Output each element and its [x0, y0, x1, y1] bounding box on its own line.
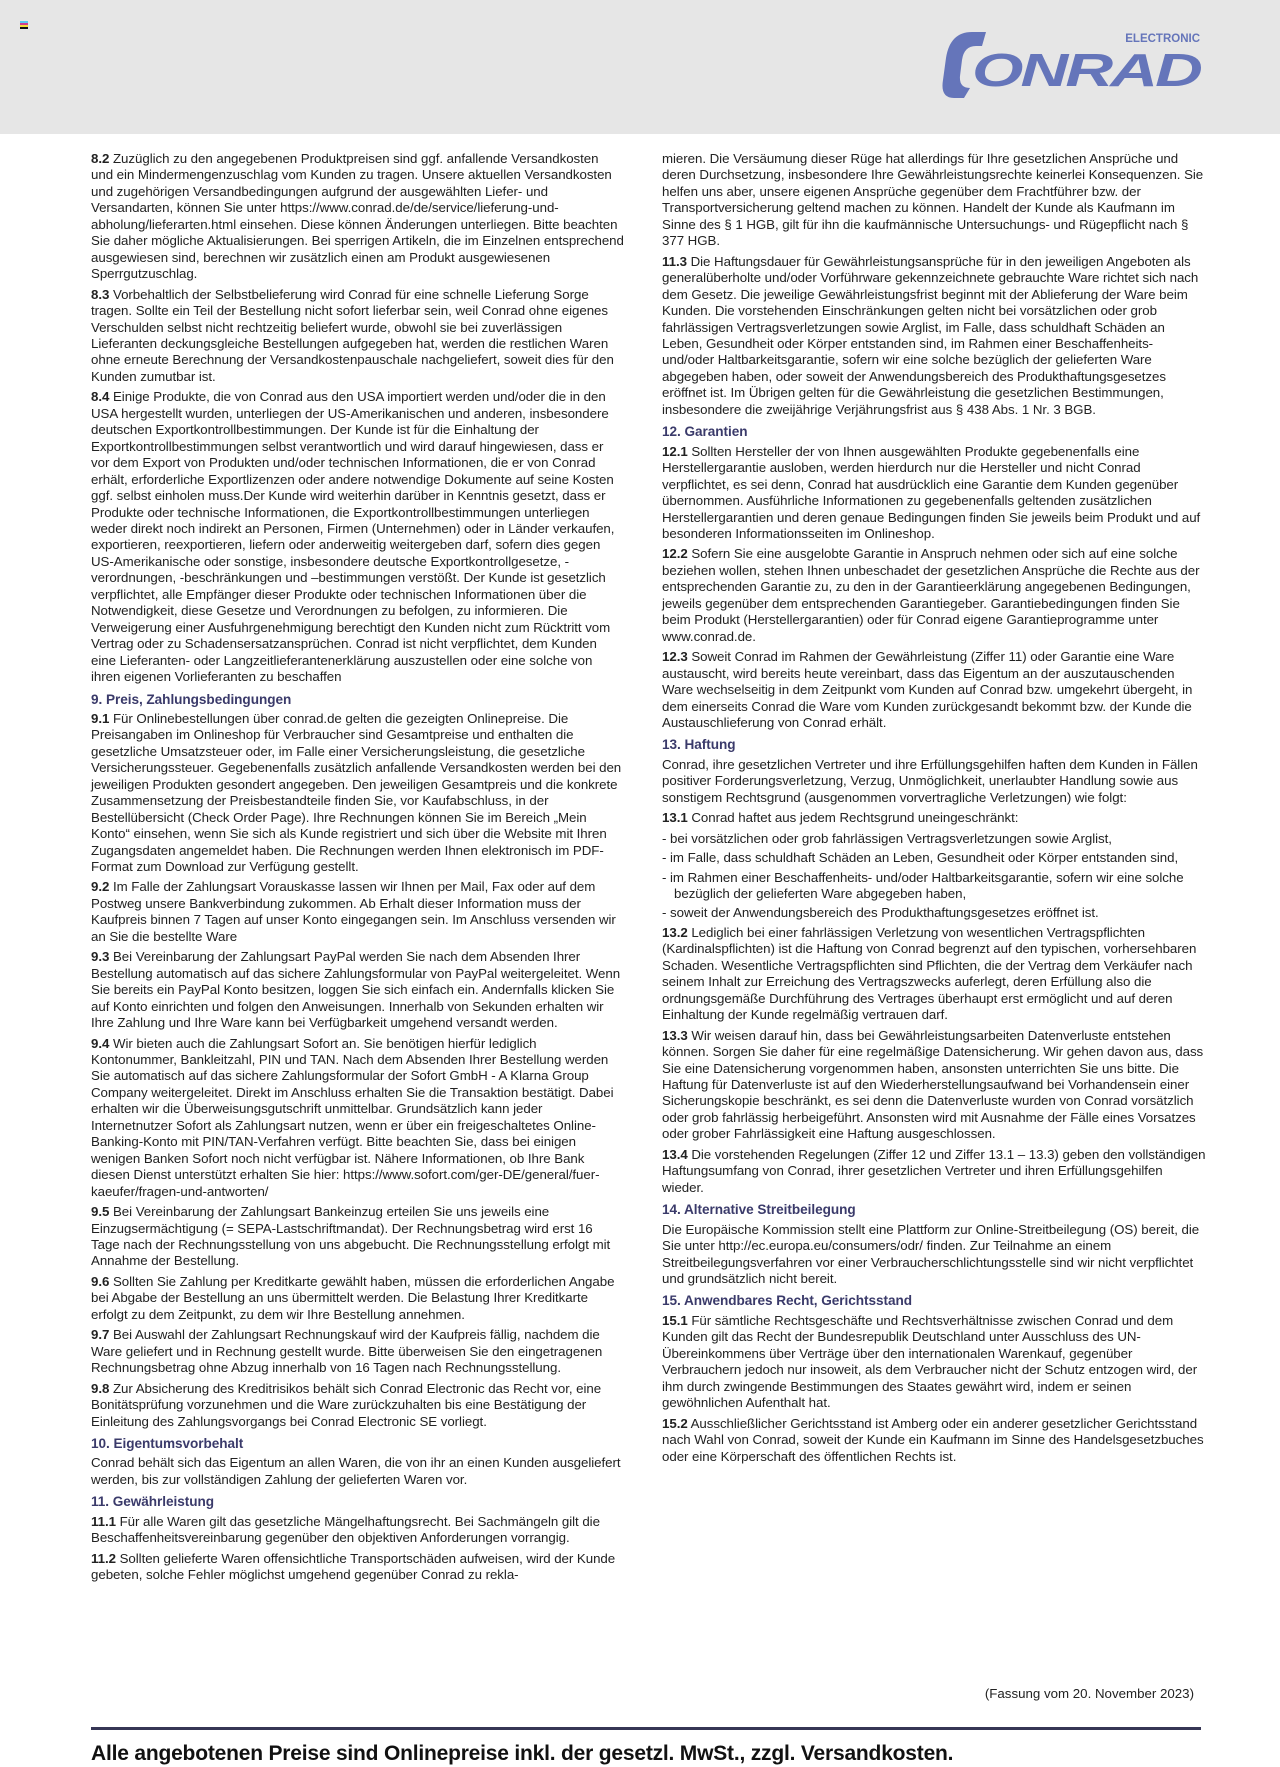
section-heading-9: 9. Preis, Zahlungsbedingungen	[91, 692, 624, 708]
clause-15-1: 15.1 Für sämtliche Rechtsgeschäfte und R…	[662, 1313, 1207, 1412]
clause-14: Die Europäische Kommission stellt eine P…	[662, 1222, 1207, 1288]
print-registration-mark-icon	[20, 21, 28, 29]
section-heading-13: 13. Haftung	[662, 737, 1207, 753]
list-item: - bei vorsätzlichen oder grob fahrlässig…	[662, 831, 1207, 847]
section-heading-10: 10. Eigentumsvorbehalt	[91, 1436, 624, 1452]
price-disclaimer: Alle angebotenen Preise sind Onlinepreis…	[91, 1742, 953, 1766]
list-item: - im Falle, dass schuldhaft Schäden an L…	[662, 850, 1207, 866]
page-header: ELECTRONIC ONRAD	[0, 0, 1280, 134]
clause-9-3: 9.3 Bei Vereinbarung der Zahlungsart Pay…	[91, 949, 624, 1031]
clause-13-2: 13.2 Lediglich bei einer fahrlässigen Ve…	[662, 925, 1207, 1024]
section-heading-14: 14. Alternative Streitbeilegung	[662, 1202, 1207, 1218]
clause-8-2: 8.2 Zuzüglich zu den angegebenen Produkt…	[91, 151, 624, 283]
conrad-logo[interactable]: ELECTRONIC ONRAD	[942, 30, 1202, 100]
conrad-logo-icon: ELECTRONIC ONRAD	[942, 30, 1202, 100]
clause-9-1: 9.1 Für Onlinebestellungen über conrad.d…	[91, 711, 624, 876]
clause-11-2-continued: mieren. Die Versäumung dieser Rüge hat a…	[662, 151, 1207, 250]
section-heading-15: 15. Anwendbares Recht, Gerichtsstand	[662, 1293, 1207, 1309]
clause-11-2: 11.2 Sollten gelieferte Waren offensicht…	[91, 1551, 624, 1584]
list-item: - im Rahmen einer Beschaffenheits- und/o…	[662, 870, 1207, 903]
list-item: - soweit der Anwendungsbereich des Produ…	[662, 905, 1207, 921]
section-heading-11: 11. Gewährleistung	[91, 1494, 624, 1510]
footer-divider	[91, 1727, 1201, 1730]
version-date: (Fassung vom 20. November 2023)	[985, 1686, 1194, 1701]
left-column: 8.2 Zuzüglich zu den angegebenen Produkt…	[91, 151, 624, 1588]
clause-15-2: 15.2 Ausschließlicher Gerichtsstand ist …	[662, 1416, 1207, 1465]
right-column: mieren. Die Versäumung dieser Rüge hat a…	[662, 151, 1207, 1588]
clause-13-4: 13.4 Die vorstehenden Regelungen (Ziffer…	[662, 1147, 1207, 1196]
clause-9-4: 9.4 Wir bieten auch die Zahlungsart Sofo…	[91, 1036, 624, 1201]
clause-13-1: 13.1 Conrad haftet aus jedem Rechtsgrund…	[662, 810, 1207, 826]
clause-9-8: 9.8 Zur Absicherung des Kreditrisikos be…	[91, 1381, 624, 1430]
clause-13-3: 13.3 Wir weisen darauf hin, dass bei Gew…	[662, 1028, 1207, 1143]
clause-8-3: 8.3 Vorbehaltlich der Selbstbelieferung …	[91, 287, 624, 386]
clause-11-1: 11.1 Für alle Waren gilt das gesetzliche…	[91, 1514, 624, 1547]
clause-9-6: 9.6 Sollten Sie Zahlung per Kreditkarte …	[91, 1274, 624, 1323]
section-heading-12: 12. Garantien	[662, 424, 1207, 440]
svg-text:ONRAD: ONRAD	[972, 44, 1201, 96]
clause-9-2: 9.2 Im Falle der Zahlungsart Vorauskasse…	[91, 879, 624, 945]
clause-13-intro: Conrad, ihre gesetzlichen Vertreter und …	[662, 757, 1207, 806]
clause-12-1: 12.1 Sollten Hersteller der von Ihnen au…	[662, 444, 1207, 543]
clause-8-4: 8.4 Einige Produkte, die von Conrad aus …	[91, 389, 624, 685]
clause-11-3: 11.3 Die Haftungsdauer für Gewährleistun…	[662, 254, 1207, 419]
clause-12-2: 12.2 Sofern Sie eine ausgelobte Garantie…	[662, 546, 1207, 645]
clause-10: Conrad behält sich das Eigentum an allen…	[91, 1455, 624, 1488]
clause-12-3: 12.3 Soweit Conrad im Rahmen der Gewährl…	[662, 649, 1207, 731]
clause-9-7: 9.7 Bei Auswahl der Zahlungsart Rechnung…	[91, 1327, 624, 1376]
terms-document: 8.2 Zuzüglich zu den angegebenen Produkt…	[0, 134, 1280, 1588]
clause-9-5: 9.5 Bei Vereinbarung der Zahlungsart Ban…	[91, 1204, 624, 1270]
